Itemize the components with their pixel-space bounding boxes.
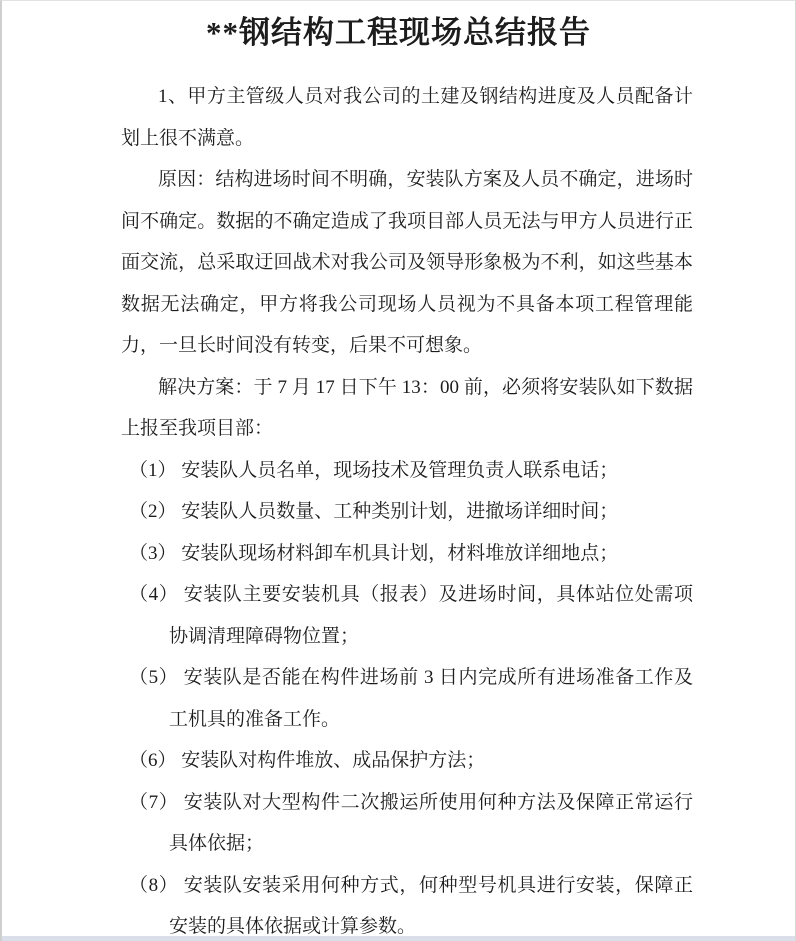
list-item-line: （4） 安装队主要安装机具（报表）及进场时间，具体站位处需项目 [121, 574, 693, 616]
paragraph-line: 数据无法确定，甲方将我公司现场人员视为不具备本项工程管理能 [121, 284, 693, 326]
list-item-line: （7） 安装队对大型构件二次搬运所使用何种方法及保障正常运行的 [121, 782, 693, 824]
document-title: **钢结构工程现场总结报告 [2, 11, 795, 55]
list-item-line: 工机具的准备工作。 [121, 699, 693, 741]
paragraph-line: 上报至我项目部： [121, 408, 693, 450]
list-item-line: （6） 安装队对构件堆放、成品保护方法； [121, 740, 693, 782]
paragraph-line: 原因：结构进场时间不明确，安装队方案及人员不确定，进场时 [121, 159, 693, 201]
document-page: **钢结构工程现场总结报告 1、甲方主管级人员对我公司的土建及钢结构进度及人员配… [0, 0, 796, 941]
paragraph-line: 面交流，总采取迂回战术对我公司及领导形象极为不利，如这些基本 [121, 242, 693, 284]
list-item-line: （2） 安装队人员数量、工种类别计划，进撤场详细时间； [121, 491, 693, 533]
list-item-line: （5） 安装队是否能在构件进场前 3 日内完成所有进场准备工作及施 [121, 657, 693, 699]
paragraph-line: 力，一旦长时间没有转变，后果不可想象。 [121, 325, 693, 367]
list-item-line: 具体依据； [121, 823, 693, 865]
list-item-line: （1） 安装队人员名单，现场技术及管理负责人联系电话； [121, 450, 693, 492]
paragraph-line: 划上很不满意。 [121, 118, 693, 160]
list-item-line: 协调清理障碍物位置； [121, 616, 693, 658]
document-body: 1、甲方主管级人员对我公司的土建及钢结构进度及人员配备计 划上很不满意。 原因：… [121, 76, 693, 941]
paragraph-line: 解决方案：于 7 月 17 日下午 13：00 前，必须将安装队如下数据 [121, 367, 693, 409]
paragraph-line: 间不确定。数据的不确定造成了我项目部人员无法与甲方人员进行正 [121, 201, 693, 243]
list-item-line: （3） 安装队现场材料卸车机具计划，材料堆放详细地点； [121, 533, 693, 575]
paragraph-line: 1、甲方主管级人员对我公司的土建及钢结构进度及人员配备计 [121, 76, 693, 118]
list-item-line: （8） 安装队安装采用何种方式，何种型号机具进行安装，保障正常 [121, 865, 693, 907]
page-bottom-edge [2, 936, 795, 941]
